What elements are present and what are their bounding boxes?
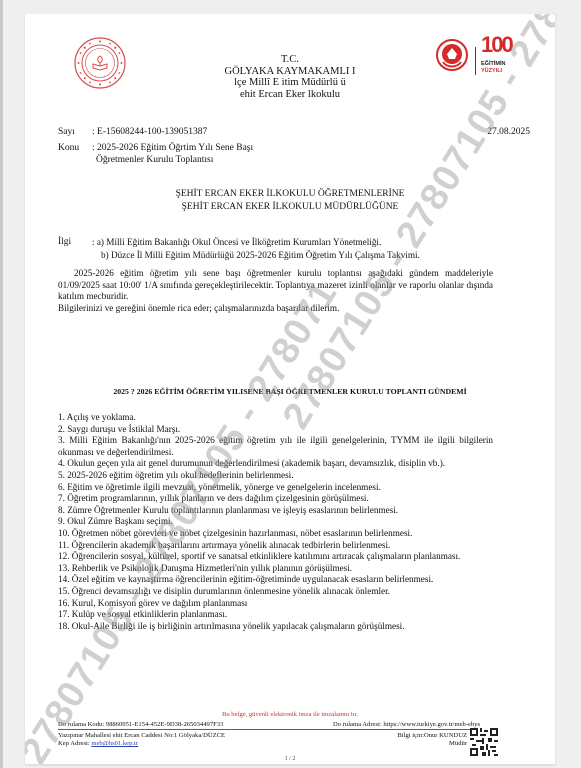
centennial-text-2: YÜZYILI	[481, 68, 521, 75]
centennial-text-1: EĞİTİMİN	[481, 61, 521, 68]
document-page: T.C. GÖLYAKA KAYMAKAMLI I lçe Millî E it…	[25, 14, 555, 764]
kep-address: Kep Adresi: meb@hs01.kep.tr	[58, 740, 138, 748]
agenda-item: 16. Kurul, Komisyon görev ve dağılım pla…	[58, 598, 493, 610]
agenda-list: 1. Açılış ve yoklama.2. Saygı duruşu ve …	[58, 412, 493, 632]
ilgi-label: İlgi	[58, 237, 71, 249]
aile-yili-icon	[435, 38, 469, 76]
header-mudurluk: lçe Millî E itim Müdürlü ü	[25, 77, 555, 89]
agenda-item: 7. Öğretim programlarının, yıllık planla…	[58, 493, 493, 505]
esign-note: Bu belge, güvenli elektronik imza ile im…	[25, 711, 555, 718]
agenda-item: 17. Kulüp ve sosyal etkinliklerin planla…	[58, 609, 493, 621]
agenda-item: 3. Milli Eğitim Bakanlığı'nın 2025-2026 …	[58, 435, 493, 458]
recipient-1: ŞEHİT ERCAN EKER İLKOKULU ÖĞRETMENLERİNE	[25, 188, 555, 200]
agenda-item: 13. Rehberlik ve Psikolojik Danışma Hizm…	[58, 563, 493, 575]
agenda-item: 11. Öğrencilerin akademik başarılarını a…	[58, 540, 493, 552]
konu-label: Konu	[58, 143, 79, 155]
body-paragraph-1: 2025-2026 eğitim öğretim yılı sene başı …	[58, 268, 493, 303]
body-paragraph-2: Bilgilerinizi ve gereğini önemle rica ed…	[58, 303, 493, 315]
school-address: Yazıpınar Mahallesi ehit Ercan Caddesi N…	[58, 732, 225, 740]
sayi-label: Sayı	[58, 127, 75, 139]
konu-value-1: : 2025-2026 Eğitim Öğrtim Yılı Sene Başı	[92, 143, 253, 155]
letter-body: 2025-2026 eğitim öğretim yılı sene başı …	[58, 268, 493, 315]
kep-label: Kep Adresi:	[58, 740, 91, 747]
agenda-item: 5. 2025-2026 eğitim öğretim yılı okul he…	[58, 470, 493, 482]
contact-info: Bilgi için:Onur KUNDUZ Müdür	[397, 732, 467, 748]
egitimin-yuzyili-logo: 100 EĞİTİMİN YÜZYILI	[481, 34, 521, 82]
ilgi-b: b) Düzce İl Milli Eğitim Müdürlüğü 2025-…	[101, 250, 420, 262]
agenda-item: 2. Saygı duruşu ve İstiklal Marşı.	[58, 424, 493, 436]
info-person: Bilgi için:Onur KUNDUZ	[397, 732, 467, 740]
agenda-item: 4. Okulun geçen yıla ait genel durumunun…	[58, 458, 493, 470]
verify-address: Do rulama Adresi: https://www.turkiye.go…	[333, 721, 480, 729]
agenda-item: 9. Okul Zümre Başkanı seçimi.	[58, 516, 493, 528]
recipient-2: ŞEHİT ERCAN EKER İLKOKULU MÜDÜRLÜĞÜNE	[25, 201, 555, 213]
agenda-item: 10. Öğretmen nöbet görevleri ve nöbet çi…	[58, 528, 493, 540]
info-title: Müdür	[397, 740, 467, 748]
agenda-item: 14. Özel eğitim ve kaynaştırma öğrencile…	[58, 574, 493, 586]
konu-value-2: Öğretmenler Kurulu Toplantısı	[96, 155, 213, 167]
centennial-number: 100	[481, 34, 521, 56]
qr-code-icon	[470, 728, 498, 756]
agenda-title: 2025 ? 2026 EĞİTİM ÖĞRETİM YILISENE BAŞI…	[25, 387, 555, 396]
agenda-item: 8. Zümre Öğretmenler Kurulu toplantıları…	[58, 505, 493, 517]
kep-link[interactable]: meb@hs01.kep.tr	[91, 740, 138, 747]
ilgi-a: : a) Milli Eğitim Bakanlığı Okul Öncesi …	[92, 237, 381, 249]
page-indicator: 1 / 2	[25, 756, 555, 762]
agenda-item: 12. Öğrencilerin sosyal, kültürel, sport…	[58, 551, 493, 563]
agenda-item: 18. Okul-Aile Birliği ile iş birliğinin …	[58, 621, 493, 633]
footer-divider	[58, 729, 488, 730]
viewer-left-edge	[0, 0, 3, 768]
verify-code: Do rulama Kodu: 98860951-E154-452E-9D38-…	[58, 721, 223, 729]
agenda-item: 6. Eğitim ve öğretimle ilgili mevzuat, y…	[58, 482, 493, 494]
document-date: 27.08.2025	[487, 127, 530, 137]
agenda-item: 1. Açılış ve yoklama.	[58, 412, 493, 424]
sayi-value: : E-15608244-100-139051387	[92, 127, 207, 139]
header-school: ehit Ercan Eker lkokulu	[25, 89, 555, 101]
agenda-item: 15. Öğrenci devamsızlığı ve disiplin dur…	[58, 586, 493, 598]
logo-divider	[475, 47, 476, 75]
